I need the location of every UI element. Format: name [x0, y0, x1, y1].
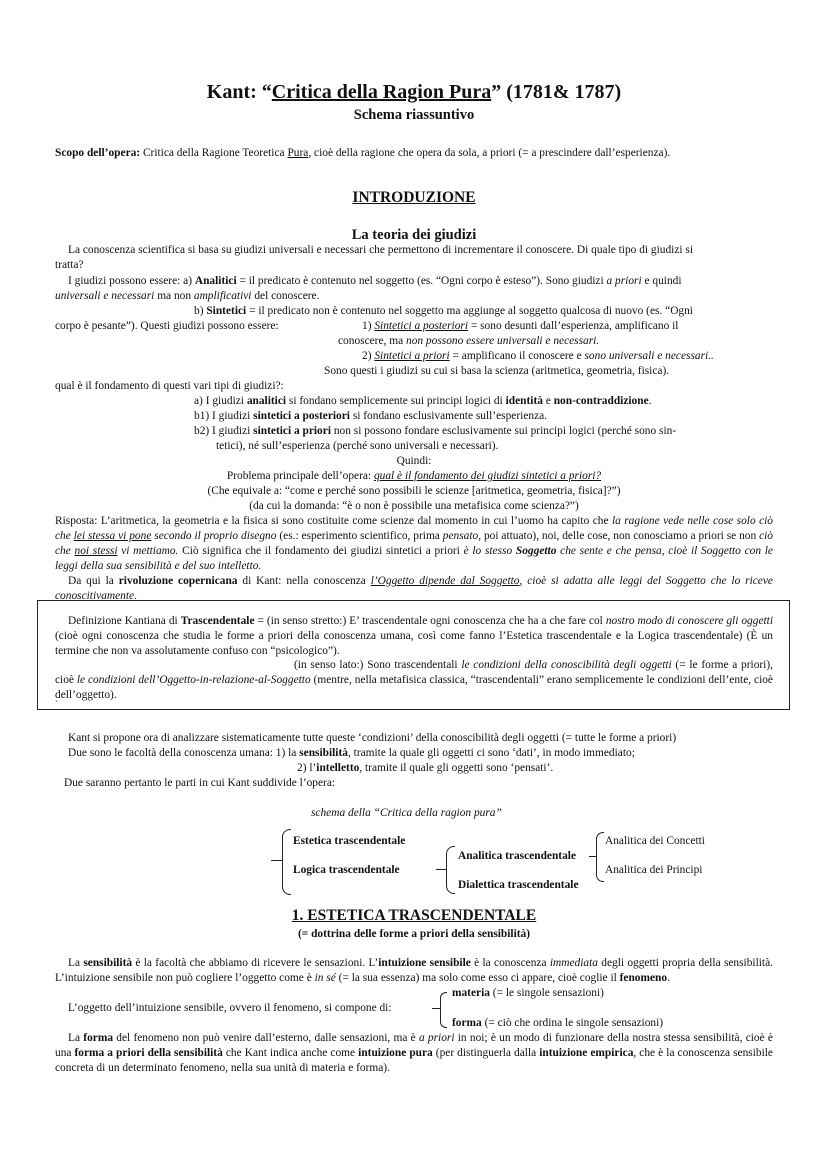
text-run: Definizione Kantiana di	[68, 615, 181, 627]
text-line: tratta?	[55, 258, 83, 273]
text-run: tetici), né sull’esperienza (perché sono…	[216, 440, 498, 452]
text-run: Problema principale dell’opera:	[227, 470, 374, 482]
text-run: Kant: “	[207, 81, 272, 103]
text-run: nostro modo di conoscere gli oggetti	[606, 615, 773, 627]
text-run: I giudizi possono essere: a)	[68, 275, 195, 287]
text-line: Kant si propone ora di analizzare sistem…	[68, 731, 676, 746]
text-line: a) I giudizi analitici si fondano sempli…	[194, 394, 652, 409]
text-line: Sono questi i giudizi su cui si basa la …	[324, 364, 669, 379]
composition-brace-tip-icon	[432, 1008, 440, 1009]
text-line: conoscere, ma non possono essere univers…	[338, 334, 599, 349]
text-run: b2) I giudizi	[194, 425, 253, 437]
text-run: ” (1781& 1787)	[491, 81, 621, 103]
text-run: 1)	[362, 320, 374, 332]
definizione-trascendentale-box: Definizione Kantiana di Trascendentale =…	[37, 600, 790, 710]
text-run: materia	[452, 987, 490, 999]
text-run: Trascendentale	[181, 615, 255, 627]
schema-dialettica: Dialettica trascendentale	[458, 878, 579, 893]
text-run: analitici	[247, 395, 286, 407]
schema-analitica-principi: Analitica dei Principi	[605, 863, 702, 878]
text-run: qual è il fondamento dei giudizi sinteti…	[374, 470, 601, 482]
text-run: Risposta: L’aritmetica, la geometria e l…	[55, 515, 612, 527]
text-run: ma non	[154, 290, 194, 302]
text-run: (= ciò che ordina le singole sensazioni)	[482, 1017, 663, 1029]
schema-caption: schema della “Critica della ragion pura”	[311, 806, 502, 821]
text-run: , poi attuato), noi, delle cose, non con…	[478, 530, 759, 542]
text-run: Pura	[287, 147, 308, 159]
composition-materia: materia (= le singole sensazioni)	[452, 986, 604, 1001]
stray-mark: `	[55, 697, 58, 712]
text-run: non si possono fondare esclusivamente su…	[331, 425, 676, 437]
schema-estetica: Estetica trascendentale	[293, 834, 405, 849]
text-run: Da qui la	[68, 575, 119, 587]
text-run: = il predicato non è contenuto nel sogge…	[246, 305, 693, 317]
text-run: = (in senso stretto:) E’ trascendentale …	[255, 615, 606, 627]
text-run: l’Oggetto dipende dal Soggetto	[371, 575, 520, 587]
fenomeno-composition-text: L’oggetto dell’intuizione sensibile, ovv…	[68, 1001, 392, 1016]
text-run: , cioè della ragione che opera da sola, …	[308, 147, 670, 159]
composition-brace-icon	[440, 992, 447, 1028]
text-run: lei stessa vi pone	[74, 530, 152, 542]
text-run: tratta?	[55, 259, 83, 271]
text-run: universali e necessari	[55, 290, 154, 302]
text-run: è la conoscenza	[471, 957, 550, 969]
text-run: conoscere, ma	[338, 335, 406, 347]
section-subheading-estetica: (= dottrina delle forme a priori della s…	[0, 927, 828, 942]
text-run: La conoscenza scientifica si basa su giu…	[68, 244, 693, 256]
text-run: (per distinguerla dalla	[433, 1047, 539, 1059]
text-run: fenomeno	[620, 972, 667, 984]
text-run: a priori	[607, 275, 642, 287]
text-run: intuizione sensibile	[378, 957, 471, 969]
section-heading-introduzione: INTRODUZIONE	[0, 188, 828, 208]
text-run: b)	[194, 305, 206, 317]
right-brace-icon	[596, 832, 604, 882]
schema-analitica-concetti: Analitica dei Concetti	[605, 834, 705, 849]
text-run: e	[543, 395, 554, 407]
text-run: secondo il proprio disegno	[151, 530, 276, 542]
text-run: sensibilità	[83, 957, 132, 969]
text-run: Critica della Ragione Teoretica	[140, 147, 287, 159]
text-run: qual è il fondamento di questi vari tipi…	[55, 380, 284, 392]
text-run: .	[667, 972, 670, 984]
text-run: forma	[83, 1032, 113, 1044]
text-line: 2) l’intelletto, tramite il quale gli og…	[297, 761, 553, 776]
text-run: intelletto	[316, 762, 359, 774]
text-line: 1) Sintetici a posteriori = sono desunti…	[362, 319, 678, 334]
text-run: Critica della Ragion Pura	[272, 81, 491, 103]
text-line: universali e necessari ma non amplificat…	[55, 289, 319, 304]
text-run: non-contraddizione	[554, 395, 649, 407]
text-run: , tramite il quale gli oggetti sono ‘pen…	[359, 762, 553, 774]
text-run: immediata	[550, 957, 598, 969]
text-run: Kant si propone ora di analizzare sistem…	[68, 732, 676, 744]
text-run: b1) I giudizi	[194, 410, 253, 422]
text-run: Scopo dell’opera:	[55, 147, 140, 159]
text-run: a priori	[419, 1032, 455, 1044]
schema-analitica: Analitica trascendentale	[458, 849, 576, 864]
text-line: Problema principale dell’opera: qual è i…	[0, 469, 828, 484]
text-run: Due sono le facoltà della conoscenza uma…	[68, 747, 299, 759]
text-line: b2) I giudizi sintetici a priori non si …	[194, 424, 676, 439]
text-run: , tramite la quale gli oggetti ci sono ‘…	[348, 747, 635, 759]
text-run: Due saranno pertanto le parti in cui Kan…	[64, 777, 335, 789]
schema-logica: Logica trascendentale	[293, 863, 400, 878]
text-line: (da cui la domanda: “è o non è possibile…	[0, 499, 828, 514]
text-run: intuizione empirica	[539, 1047, 633, 1059]
text-run: sensibilità	[299, 747, 348, 759]
text-run: le condizioni della conoscibilità degli …	[461, 659, 671, 671]
definizione-senso-stretto: Definizione Kantiana di Trascendentale =…	[55, 614, 773, 659]
sensibilita-paragraph: La sensibilità è la facoltà che abbiamo …	[55, 956, 773, 986]
text-run: (= le singole sensazioni)	[490, 987, 604, 999]
text-run: intuizione pura	[358, 1047, 433, 1059]
section-heading-estetica: 1. ESTETICA TRASCENDENTALE	[0, 906, 828, 926]
forma-paragraph: La forma del fenomeno non può venire dal…	[55, 1031, 773, 1076]
text-run: a) I giudizi	[194, 395, 247, 407]
middle-brace-tip-icon	[436, 869, 446, 870]
text-run: La	[68, 1032, 83, 1044]
text-line: (Che equivale a: “come e perché sono pos…	[0, 484, 828, 499]
text-line: I giudizi possono essere: a) Analitici =…	[68, 274, 682, 289]
text-run: 2) l’	[297, 762, 316, 774]
left-brace-tip-icon	[271, 860, 282, 861]
text-run: corpo è pesante”). Questi giudizi posson…	[55, 320, 279, 332]
text-line: Due saranno pertanto le parti in cui Kan…	[64, 776, 335, 791]
text-line: b) Sintetici = il predicato non è conten…	[194, 304, 693, 319]
text-run: identità	[506, 395, 543, 407]
text-run: Soggetto	[516, 545, 557, 557]
text-run: Sintetici a posteriori	[374, 320, 468, 332]
text-run: = amplificano il conoscere e	[450, 350, 585, 362]
text-run: del conoscere.	[251, 290, 319, 302]
text-run: = sono desunti dall’esperienza, amplific…	[468, 320, 678, 332]
text-run: Sono questi i giudizi su cui si basa la …	[324, 365, 669, 377]
text-run: rivoluzione copernicana	[119, 575, 238, 587]
text-run: sintetici a posteriori	[253, 410, 350, 422]
definizione-senso-lato: (in senso lato:) Sono trascendentali le …	[55, 658, 773, 703]
text-run: 2)	[362, 350, 374, 362]
scope-statement: Scopo dell’opera: Critica della Ragione …	[55, 146, 670, 161]
subsection-heading-teoria-giudizi: La teoria dei giudizi	[0, 226, 828, 244]
text-run: (Che equivale a: “come e perché sono pos…	[207, 485, 620, 497]
text-line: Due sono le facoltà della conoscenza uma…	[68, 746, 635, 761]
middle-brace-icon	[446, 846, 455, 894]
risposta-paragraph: Risposta: L’aritmetica, la geometria e l…	[55, 514, 773, 574]
text-run: vi mettiamo.	[118, 545, 179, 557]
text-run: pensato	[443, 530, 478, 542]
document-title: Kant: “Critica della Ragion Pura” (1781&…	[0, 80, 828, 104]
text-run: Sintetici a priori	[374, 350, 449, 362]
text-run: forma a priori della sensibilità	[75, 1047, 223, 1059]
text-run: in sé	[315, 972, 336, 984]
text-run: amplificativi	[194, 290, 252, 302]
text-run: .	[649, 395, 652, 407]
text-run: noi stessi	[75, 545, 118, 557]
text-run: si fondano esclusivamente sull’esperienz…	[350, 410, 547, 422]
text-run: non possono essere universali e necessar…	[406, 335, 599, 347]
text-run: (= la sua essenza) ma solo come esso ci …	[336, 972, 620, 984]
composition-forma: forma (= ciò che ordina le singole sensa…	[452, 1016, 663, 1031]
text-run: sintetici a priori	[253, 425, 331, 437]
text-line: La conoscenza scientifica si basa su giu…	[68, 243, 693, 258]
text-line: corpo è pesante”). Questi giudizi posson…	[55, 319, 279, 334]
text-run: le condizioni dell’Oggetto-in-relazione-…	[77, 674, 311, 686]
right-brace-tip-icon	[589, 856, 596, 857]
text-run: (es.: esperimento scientifico, prima	[276, 530, 442, 542]
text-run: Sintetici	[206, 305, 246, 317]
text-run: Ciò significa che il fondamento dei giud…	[178, 545, 463, 557]
text-run: è lo stesso	[464, 545, 516, 557]
text-run: = il predicato è contenuto nel soggetto …	[237, 275, 607, 287]
text-run: La	[68, 957, 83, 969]
document-subtitle: Schema riassuntivo	[0, 106, 828, 124]
text-line: 2) Sintetici a priori = amplificano il c…	[362, 349, 714, 364]
text-run: (cioè ogni conoscenza che studia le form…	[55, 630, 773, 657]
text-line: qual è il fondamento di questi vari tipi…	[55, 379, 284, 394]
left-brace-icon	[282, 829, 291, 895]
text-run: (in senso lato:) Sono trascendentali	[294, 659, 461, 671]
text-line: tetici), né sull’esperienza (perché sono…	[216, 439, 498, 454]
text-run: è la facoltà che abbiamo di ricevere le …	[132, 957, 378, 969]
text-run: forma	[452, 1017, 482, 1029]
text-line: Quindi:	[0, 454, 828, 469]
text-run: (da cui la domanda: “è o non è possibile…	[249, 500, 579, 512]
text-run: e quindi	[642, 275, 682, 287]
text-run: del fenomeno non può venire dall’esterno…	[113, 1032, 419, 1044]
text-run: Quindi:	[397, 455, 432, 467]
text-run: di Kant: nella conoscenza	[238, 575, 371, 587]
text-run: Analitici	[195, 275, 237, 287]
text-line: b1) I giudizi sintetici a posteriori si …	[194, 409, 547, 424]
text-run: si fondano semplicemente sui principi lo…	[286, 395, 506, 407]
text-run: che Kant indica anche come	[223, 1047, 358, 1059]
text-run: sono universali e necessari..	[585, 350, 714, 362]
